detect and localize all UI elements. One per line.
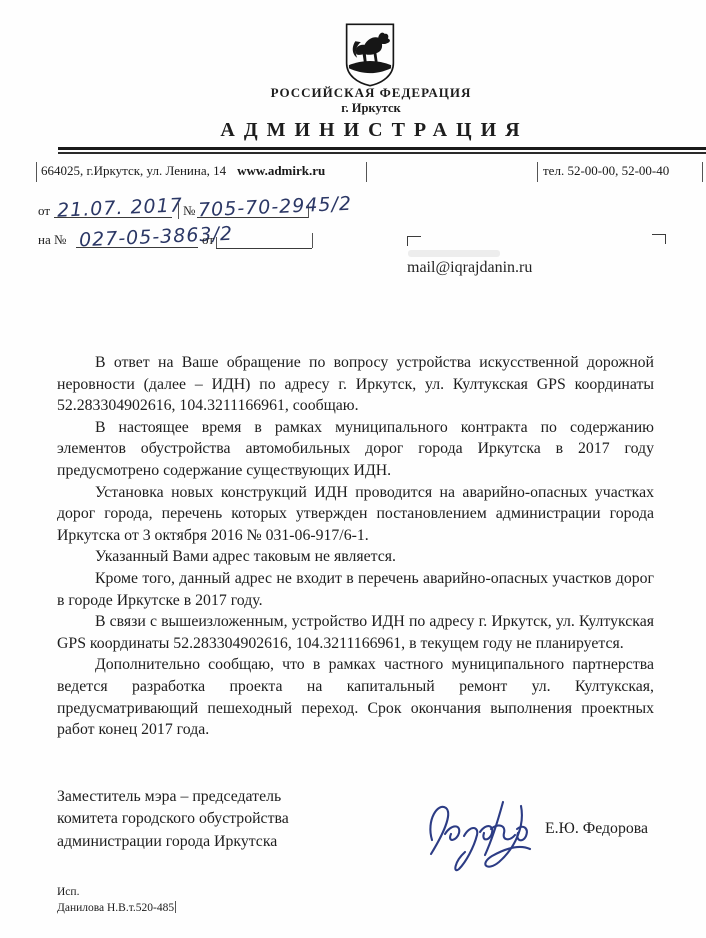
website-text: www.admirk.ru	[237, 163, 325, 178]
body-paragraph: Указанный Вами адрес таковым не является…	[57, 546, 654, 568]
executor-line: Данилова Н.В.т.520-485	[57, 901, 176, 917]
outgoing-date-label: от	[38, 203, 50, 219]
address-text: 664025, г.Иркутск, ул. Ленина, 14	[41, 163, 226, 178]
irkutsk-coat-of-arms-icon	[344, 22, 396, 88]
reply-number-label: на №	[38, 232, 66, 248]
reply-date-underline	[216, 233, 312, 249]
signer-name: Е.Ю. Федорова	[545, 820, 648, 838]
recipient-email: mail@iqrajdanin.ru	[407, 259, 532, 277]
body-paragraph: В ответ на Ваше обращение по вопросу уст…	[57, 352, 654, 417]
letterhead-phone: тел. 52-00-00, 52-00-40	[543, 163, 669, 179]
field-end-bar	[312, 233, 313, 248]
executor-label: Исп.	[57, 885, 176, 901]
signer-position: Заместитель мэра – председатель комитета…	[57, 786, 289, 853]
divider-bar	[36, 162, 37, 182]
letterhead-address: 664025, г.Иркутск, ул. Ленина, 14www.adm…	[41, 163, 325, 179]
signer-position-line: Заместитель мэра – председатель	[57, 786, 289, 808]
divider-bar	[366, 162, 367, 182]
body-paragraph: Дополнительно сообщаю, что в рамках част…	[57, 654, 654, 740]
letterhead-country: РОССИЙСКАЯ ФЕДЕРАЦИЯ	[36, 85, 706, 101]
body-paragraph: В настоящее время в рамках муниципальног…	[57, 417, 654, 482]
body-paragraph: Кроме того, данный адрес не входит в пер…	[57, 568, 654, 611]
body-paragraph: Установка новых конструкций ИДН проводит…	[57, 482, 654, 547]
header-rule-thin	[58, 152, 706, 154]
scanned-letter-page: РОССИЙСКАЯ ФЕДЕРАЦИЯ г. Иркутск АДМИНИСТ…	[0, 0, 706, 938]
handwritten-signature-ink	[418, 792, 533, 877]
header-rule-thick	[58, 147, 706, 150]
signer-position-line: комитета городского обустройства	[57, 808, 289, 830]
letter-body: В ответ на Ваше обращение по вопросу уст…	[57, 352, 654, 741]
address-corner-bracket-left	[407, 236, 421, 246]
executor-value: Данилова Н.В.т.520-485	[57, 902, 174, 914]
faded-scan-artifact	[408, 250, 500, 257]
letterhead-organization: АДМИНИСТРАЦИЯ	[34, 119, 706, 142]
reply-date-label: от	[202, 232, 214, 248]
outgoing-number-label: №	[183, 203, 195, 219]
address-corner-bracket-right	[652, 234, 666, 244]
divider-bar	[178, 203, 179, 219]
letterhead-city: г. Иркутск	[36, 101, 706, 116]
handwritten-outgoing-number: 705-70-2945/2	[198, 193, 353, 222]
divider-bar	[702, 162, 703, 182]
executor-block: Исп. Данилова Н.В.т.520-485	[57, 885, 176, 916]
scan-artifact-caret	[175, 901, 176, 913]
body-paragraph: В связи с вышеизложенным, устройство ИДН…	[57, 611, 654, 654]
divider-bar	[537, 162, 538, 182]
signer-position-line: администрации города Иркутска	[57, 831, 289, 853]
